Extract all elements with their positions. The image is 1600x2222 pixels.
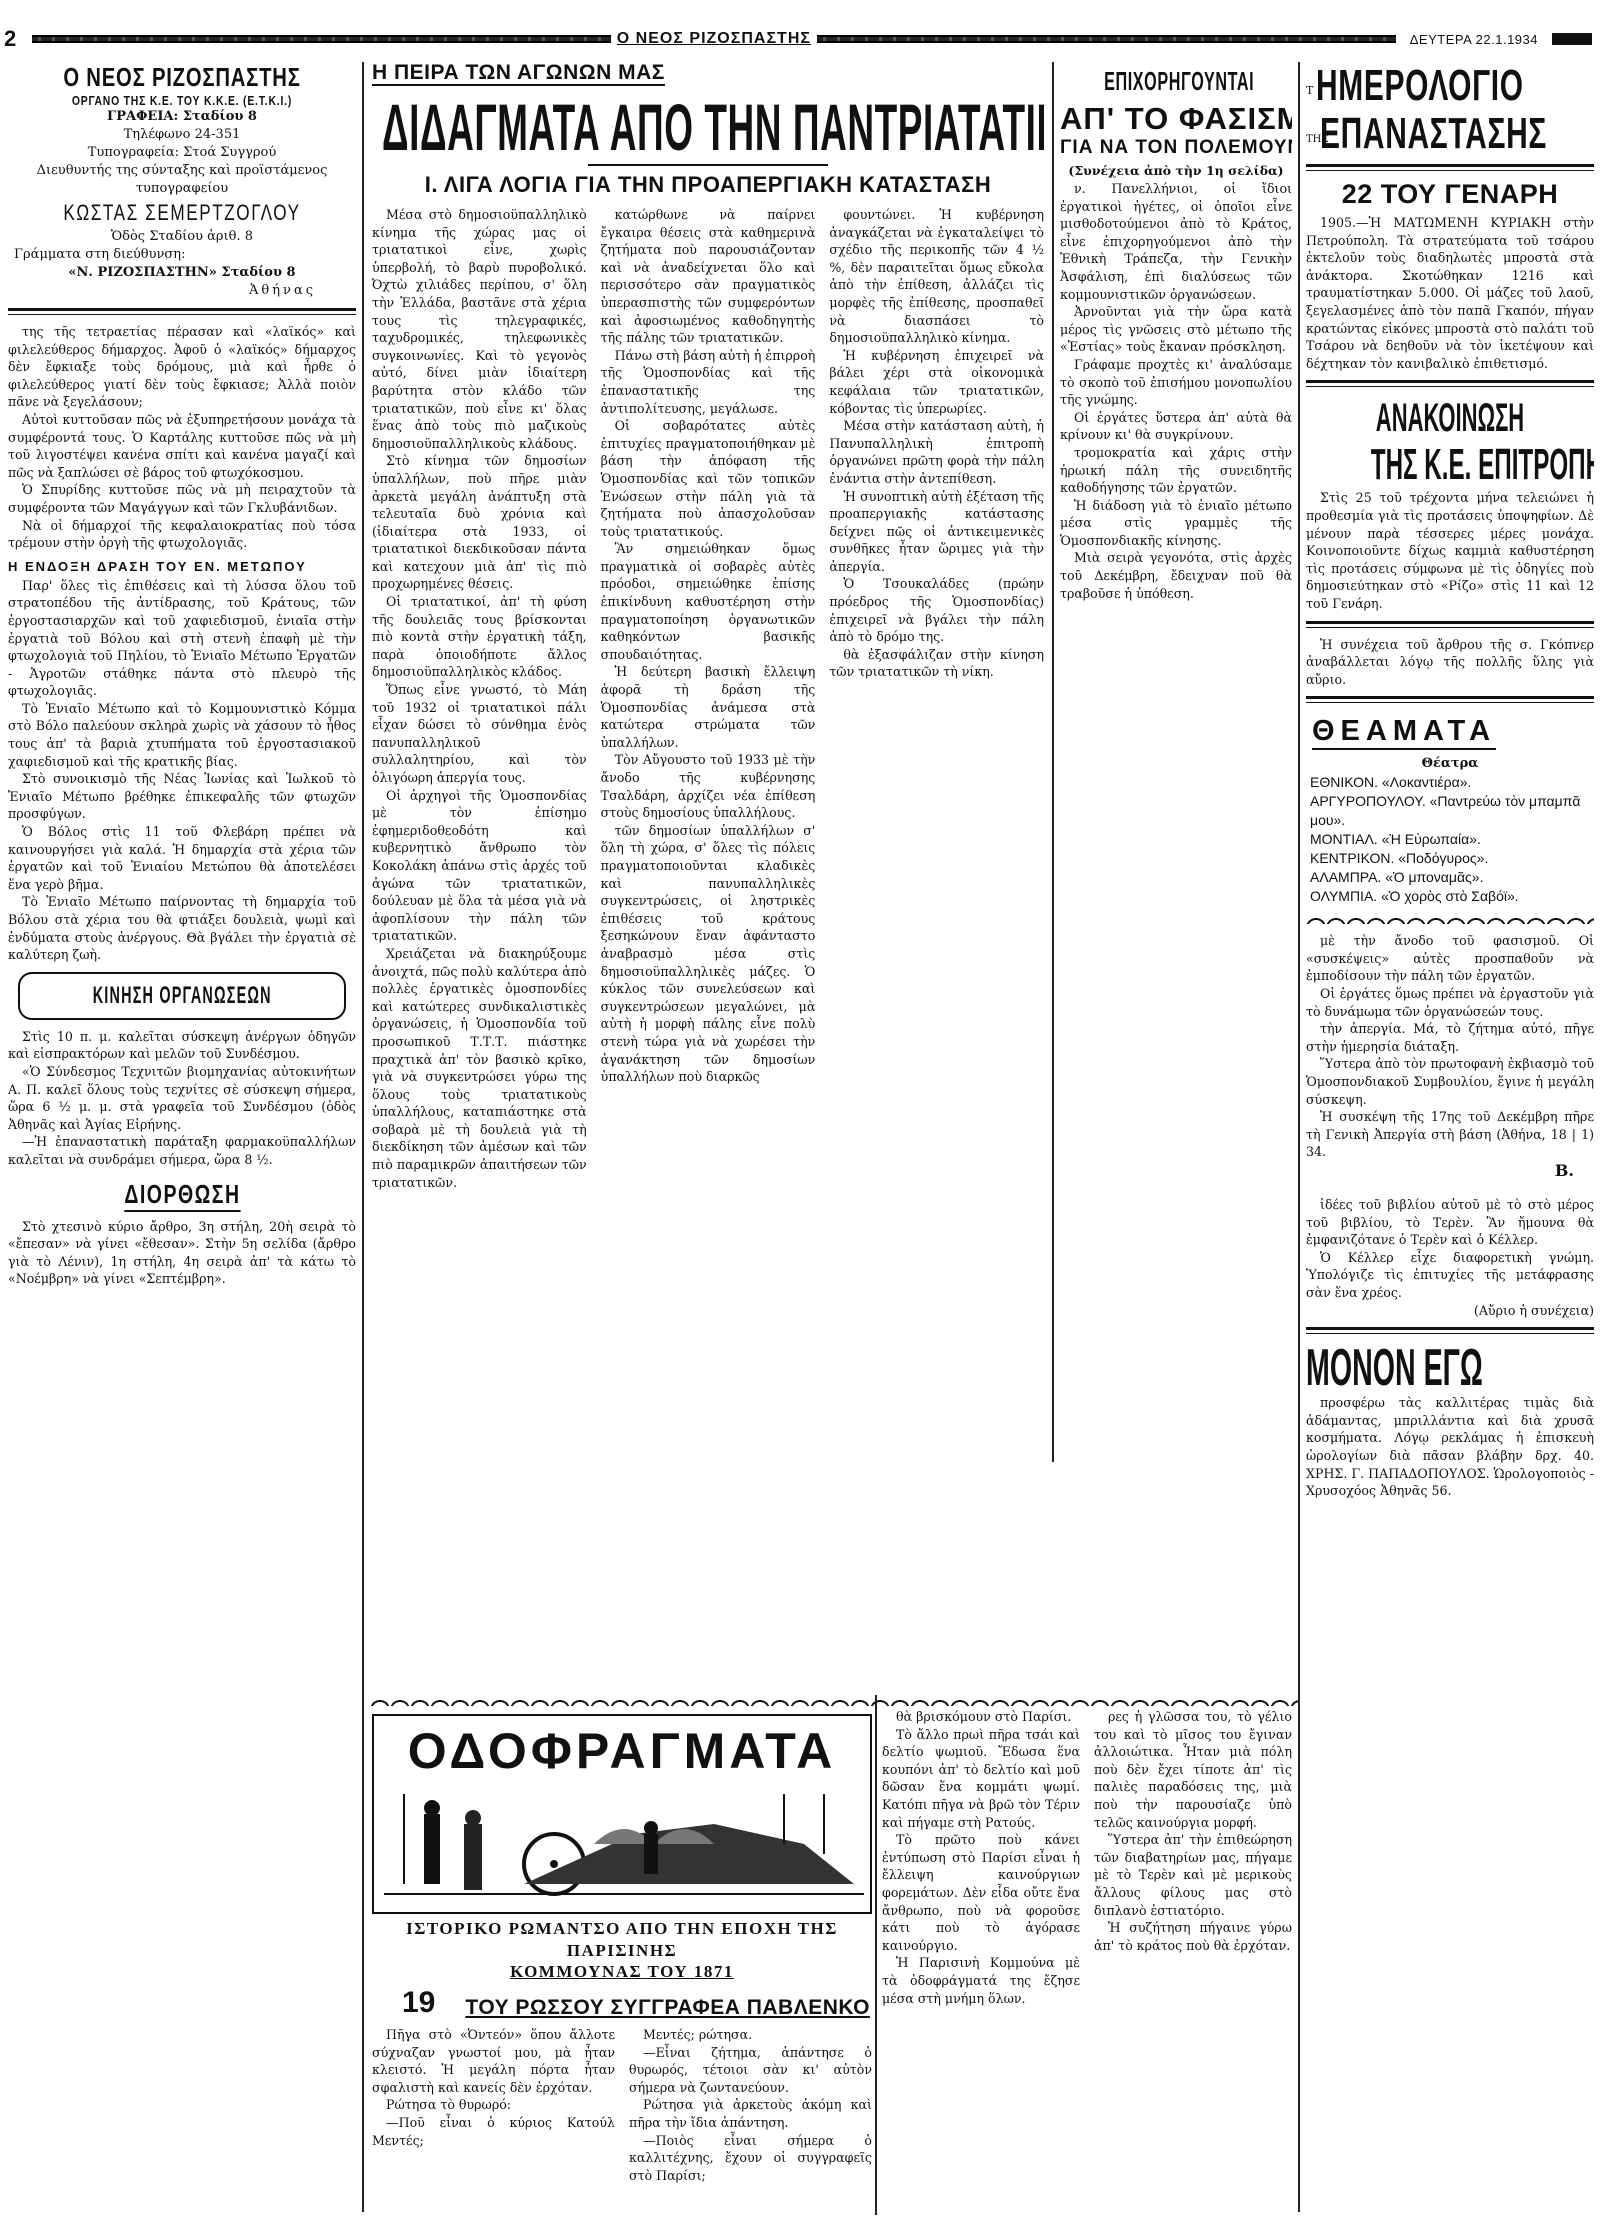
- calendar-title-line2: ΕΠΑΝΑΣΤΑΣΗΣ: [1320, 110, 1547, 158]
- masthead-offices: ΓΡΑΦΕΙΑ: Σταδίου 8: [8, 108, 356, 126]
- paragraph: Ὕστερα ἀπ' τὴν ἐπιθεώρηση τῶν διαβατηρίω…: [1094, 1831, 1292, 1919]
- column-divider: [1052, 62, 1054, 1462]
- serial-column-1: Πῆγα στὸ «Ὀντεόν» ὅπου ἄλλοτε σύχναζαν γ…: [372, 2026, 615, 2184]
- paragraph: Ἡ συνέχεια τοῦ ἄρθρου τῆς σ. Γκόπνερ ἀνα…: [1306, 636, 1594, 689]
- serial-continued-text: ἰδέες τοῦ βιβλίου αὐτοῦ μὲ τὸ στὸ μέρος …: [1306, 1196, 1594, 1319]
- paragraph: Μεντές; ρώτησα.: [629, 2026, 872, 2044]
- paragraph: Ἡ δεύτερη βασικὴ ἔλλειψη ἀφορᾶ τὴ δράση …: [601, 663, 816, 751]
- paragraph: τρομοκρατία καὶ χάρις στὴν ἠρωική πάλη τ…: [1060, 444, 1292, 497]
- calendar-title-line1: ΗΜΕΡΟΛΟΓΙΟ: [1316, 62, 1524, 110]
- paragraph: Μέσα στὴν κατάσταση αὐτὴ, ἡ Πανυπαλληλικ…: [829, 417, 1044, 487]
- serial-column-2: Μεντές; ρώτησα. —Εἶναι ζήτημα, ἀπάντησε …: [629, 2026, 872, 2184]
- masthead-city: Ἀθήνας: [8, 282, 356, 300]
- article-columns: Μέσα στὸ δημοσιοϋπαλληλικὸ κίνημα τῆς χώ…: [372, 206, 1044, 1191]
- masthead-director-name: ΚΩΣΤΑΣ ΣΕΜΕΡΤΖΟΓΛΟΥ: [46, 200, 317, 226]
- paragraph: τὴν ἀπεργία. Μά, τὸ ζήτημα αὐτό, πῆγε στ…: [1306, 1020, 1594, 1055]
- paragraph: Οἱ ἀρχηγοὶ τῆς Ὁμοσπονδίας μὲ τὸν ἐπίσημ…: [372, 787, 587, 945]
- paragraph: Ὁ Κέλλερ εἶχε διαφορετικὴ γνώμη. Ὑπολόγι…: [1306, 1249, 1594, 1302]
- paragraph: θὰ ἐξασφάλιζαν στὴν κίνηση τῶν τριατατικ…: [829, 646, 1044, 681]
- org-movement-title: ΚΙΝΗΣΗ ΟΡΓΑΝΩΣΕΩΝ: [92, 982, 271, 1010]
- serial-column-4: ρες ἡ γλῶσσα του, τὸ γέλιο του καὶ τὸ μῖ…: [1094, 1708, 1292, 2007]
- theatre-listing: ΜΟΝΤΙΑΛ. «Ἡ Εὐρωπαία».: [1306, 830, 1594, 849]
- section-rule: [1306, 696, 1594, 703]
- left-column: Ο ΝΕΟΣ ΡΙΖΟΣΠΑΣΤΗΣ ΟΡΓΑΝΟ ΤΗΣ Κ.Ε. ΤΟΥ Κ…: [8, 62, 356, 2212]
- paragraph: Ἡ κυβέρνηση ἐπιχειρεῖ νὰ βάλει χέρι στὰ …: [829, 347, 1044, 417]
- paragraph: Τὸ Ἑνιαῖο Μέτωπο καὶ τὸ Κομμουνιστικὸ Κό…: [8, 700, 356, 770]
- paragraph: —Εἶναι ζήτημα, ἀπάντησε ὁ θυρωρός, τέτοι…: [629, 2044, 872, 2097]
- ad-title: ΜΟΝΟΝ ΕΓΩ: [1306, 1342, 1483, 1394]
- right-center-column: ΕΠΙΧΟΡΗΓΟΥΝΤΑΙ ΑΠ' ΤΟ ΦΑΣΙΣΜΟ ΓΙΑ ΝΑ ΤΟΝ…: [1060, 62, 1292, 1512]
- correction-text: Στὸ χτεσινὸ κύριο ἄρθρο, 3η στήλη, 20ὴ σ…: [8, 1218, 356, 1288]
- article-subhead: Ι. ΛΙΓΑ ΛΟΓΙΑ ΓΙΑ ΤΗΝ ΠΡΟΑΠΕΡΓΙΑΚΗ ΚΑΤΑΣ…: [372, 172, 1044, 198]
- header-rule-right: [817, 35, 1396, 43]
- continued-article-text: μὲ τὴν ἄνοδο τοῦ φασισμοῦ. Οἱ «συσκέψεις…: [1306, 932, 1594, 1161]
- paragraph: Μέσα στὸ δημοσιοϋπαλληλικὸ κίνημα τῆς χώ…: [372, 206, 587, 452]
- masthead-printing: Τυπογραφεία: Στοά Συγγρού: [8, 144, 356, 162]
- paragraph: Οἱ τριατατικοί, ἀπ' τὴ φύση τῆς δουλειᾶς…: [372, 593, 587, 681]
- paragraph: (Αὔριο ἡ συνέχεια): [1306, 1302, 1594, 1320]
- main-article: Η ΠΕΙΡΑ ΤΩΝ ΑΓΩΝΩΝ ΜΑΣ ΔΙΔΑΓΜΑΤΑ ΑΠΟ ΤΗΝ…: [372, 62, 1044, 1512]
- theatre-listing: ΕΘΝΙΚΟΝ. «Λοκαντιέρα».: [1306, 773, 1594, 792]
- paragraph: φουντώνει. Ἡ κυβέρνηση ἀναγκάζεται νὰ ἐγ…: [829, 206, 1044, 347]
- article-column-1: Μέσα στὸ δημοσιοϋπαλληλικὸ κίνημα τῆς χώ…: [372, 206, 587, 1191]
- header-paper-title: Ο ΝΕΟΣ ΡΙΖΟΣΠΑΣΤΗΣ: [611, 30, 817, 48]
- paragraph: Παρ' ὅλες τὶς ἐπιθέσεις καὶ τὴ λύσσα ὅλο…: [8, 577, 356, 700]
- calendar-rule: [1306, 164, 1594, 171]
- wavy-divider: [370, 1696, 1298, 1706]
- paragraph: «Ὁ Σύνδεσμος Τεχνιτῶν βιομηχανίας αὐτοκι…: [8, 1063, 356, 1133]
- left-intro-text: της τῆς τετραετίας πέρασαν καὶ «λαϊκός» …: [8, 323, 356, 552]
- paragraph: Αὐτοὶ κυττοῦσαν πῶς νὰ ἐξυπηρετήσουν μον…: [8, 411, 356, 481]
- paragraph: προσφέρω τὰς καλλιτέρας τιμὰς διὰ ἀδάμαν…: [1306, 1394, 1594, 1500]
- org-movement-text: Στὶς 10 π. μ. καλεῖται σύσκεψη ἀνέργων ὁ…: [8, 1028, 356, 1169]
- ad-text: προσφέρω τὰς καλλιτέρας τιμὰς διὰ ἀδάμαν…: [1306, 1394, 1594, 1500]
- header-rule-left: [32, 35, 611, 43]
- paragraph: της τῆς τετραετίας πέρασαν καὶ «λαϊκός» …: [8, 323, 356, 411]
- notice-text: Ἡ συνέχεια τοῦ ἄρθρου τῆς σ. Γκόπνερ ἀνα…: [1306, 636, 1594, 689]
- article-column-3: φουντώνει. Ἡ κυβέρνηση ἀναγκάζεται νὰ ἐγ…: [829, 206, 1044, 1191]
- paragraph: μὲ τὴν ἄνοδο τοῦ φασισμοῦ. Οἱ «συσκέψεις…: [1306, 932, 1594, 985]
- paragraph: Ρώτησα τὸ θυρωρό:: [372, 2096, 615, 2114]
- article-kicker: Η ΠΕΙΡΑ ΤΩΝ ΑΓΩΝΩΝ ΜΑΣ: [372, 62, 665, 86]
- paragraph: Ὁ Τσουκαλάδες (πρώην πρόεδρος τῆς Ὁμοσπο…: [829, 575, 1044, 645]
- paragraph: Στὸ χτεσινὸ κύριο ἄρθρο, 3η στήλη, 20ὴ σ…: [8, 1218, 356, 1288]
- masthead-name: Ο ΝΕΟΣ ΡΙΖΟΣΠΑΣΤΗΣ: [46, 62, 317, 93]
- paragraph: Ἀρνοῦνται γιὰ τὴν ὥρα κατὰ μέρος τὶς γνῶ…: [1060, 303, 1292, 356]
- theatre-listing: ΟΛΥΜΠΙΑ. «Ὁ χορὸς στὸ Σαβόϊ».: [1306, 887, 1594, 906]
- paragraph: Οἱ σοβαρότατες αὐτὲς ἐπιτυχίες πραγματοπ…: [601, 417, 816, 540]
- masthead-letters-label: Γράμματα στη διεύθυνση:: [8, 246, 356, 264]
- paragraph: θὰ βρισκόμουν στὸ Παρίσι.: [882, 1708, 1080, 1726]
- paragraph: Τὸ ἄλλο πρωὶ πῆρα τσάι καὶ δελτίο ψωμιοῦ…: [882, 1726, 1080, 1832]
- correction-head: ΔΙΟΡΘΩΣΗ: [8, 1179, 356, 1212]
- paragraph: Στὸ κίνημα τῶν δημοσίων ὑπαλλήλων, ποὺ π…: [372, 452, 587, 593]
- serial-columns-right: θὰ βρισκόμουν στὸ Παρίσι. Τὸ ἄλλο πρωὶ π…: [882, 1708, 1292, 2007]
- paragraph: Ὕστερα ἀπὸ τὸν πρωτοφανὴ ἐκβιασμὸ τοῦ Ὁμ…: [1306, 1055, 1594, 1108]
- paragraph: ρες ἡ γλῶσσα του, τὸ γέλιο του καὶ τὸ μῖ…: [1094, 1708, 1292, 1831]
- masthead-letters-address: «Ν. ΡΙΖΟΣΠΑΣΤΗΝ» Σταδίου 8: [8, 264, 356, 282]
- serial-section: ΟΔΟΦΡΑΓΜΑΤΑ ΙΣΤΟΡΙΚΟ ΡΩΜΑΝΤΣΟ ΑΠΟ ΤΗΝ ΕΠ…: [372, 1708, 872, 2218]
- installment-number: 19: [402, 1986, 435, 2020]
- paragraph: —Ποῦ εἶναι ὁ κύριος Κατούλ Μεντές;: [372, 2114, 615, 2149]
- serial-banner: ΟΔΟΦΡΑΓΜΑΤΑ: [372, 1714, 872, 1914]
- paragraph: Ἡ συνοπτικὴ αὐτὴ ἐξέταση τῆς προαπεργιακ…: [829, 488, 1044, 576]
- announcement-title: ΑΝΑΚΟΙΝΩΣΗ: [1371, 395, 1529, 441]
- paragraph: Ἡ Παρισινὴ Κομμούνα μὲ τὰ ὁδοφράγματά τη…: [882, 1954, 1080, 2007]
- theatre-listing: ΚΕΝΤΡΙΚΟΝ. «Ποδόγυρος».: [1306, 849, 1594, 868]
- front-section-head: Η ΕΝΔΟΞΗ ΔΡΑΣΗ ΤΟΥ ΕΝ. ΜΕΤΩΠΟΥ: [8, 558, 356, 575]
- paragraph: Χρειάζεται νὰ διακηρύξουμε ἀνοιχτά, πῶς …: [372, 945, 587, 1191]
- header-end-block: [1552, 33, 1592, 45]
- calendar-text: 1905.—Ἡ ΜΑΤΩΜΕΝΗ ΚΥΡΙΑΚΗ στὴν Πετρούπολη…: [1306, 214, 1594, 372]
- far-right-column: Τ ΗΜΕΡΟΛΟΓΙΟ ΤΗΣ ΕΠΑΝΑΣΤΑΣΗΣ 22 ΤΟΥ ΓΕΝΑ…: [1306, 62, 1594, 2212]
- masthead-street: Ὁδὸς Σταδίου ἀριθ. 8: [8, 228, 356, 246]
- header-date: ΔΕΥΤΕΡΑ 22.1.1934: [1396, 32, 1552, 47]
- column-divider: [362, 62, 364, 2212]
- org-movement-head: ΚΙΝΗΣΗ ΟΡΓΑΝΩΣΕΩΝ: [18, 972, 346, 1020]
- paragraph: Ὁ Βόλος στὶς 11 τοῦ Φλεβάρη πρέπει νὰ κα…: [8, 823, 356, 893]
- column-divider: [1298, 62, 1300, 2212]
- fascism-article-text: ν. Πανελλήνιοι, οἱ ἴδιοι ἐργατικοὶ ἡγέτε…: [1060, 180, 1292, 602]
- serial-meta: 19 ΤΟΥ ΡΩΣΣΟΥ ΣΥΓΓΡΑΦΕΑ ΠΑΒΛΕΝΚΟ: [372, 1986, 872, 2020]
- paragraph: τῶν δημοσίων ὑπαλλήλων σ' ὅλη τὴ χώρα, σ…: [601, 822, 816, 1086]
- correction-title: ΔΙΟΡΘΩΣΗ: [124, 1179, 240, 1212]
- fascism-subhead: ΓΙΑ ΝΑ ΤΟΝ ΠΟΛΕΜΟΥΝ;: [1060, 137, 1292, 159]
- serial-continuation: θὰ βρισκόμουν στὸ Παρίσι. Τὸ ἄλλο πρωὶ π…: [882, 1708, 1292, 2218]
- calendar-prefix: Τ: [1306, 84, 1313, 97]
- article-signature: Β.: [1306, 1161, 1594, 1180]
- article-column-2: κατώρθωνε νὰ παίρνει ἔγκαιρα θέσεις στὰ …: [601, 206, 816, 1191]
- headline-underline: [588, 164, 828, 166]
- paragraph: Στὶς 10 π. μ. καλεῖται σύσκεψη ἀνέργων ὁ…: [8, 1028, 356, 1063]
- paragraph: Μιὰ σειρὰ γεγονότα, στὶς ἀρχὲς τοῦ Δεκέμ…: [1060, 549, 1292, 602]
- serial-subtitle-line2: ΚΟΜΜΟΥΝΑΣ ΤΟΥ 1871: [372, 1962, 872, 1982]
- wavy-divider: [1306, 914, 1594, 924]
- announcement-subtitle: ΤΗΣ Κ.Ε. ΕΠΙΤΡΟΠΗΣ: [1371, 441, 1529, 489]
- serial-columns: Πῆγα στὸ «Ὀντεόν» ὅπου ἄλλοτε σύχναζαν γ…: [372, 2026, 872, 2184]
- page-number: 2: [4, 26, 32, 52]
- serial-author: ΤΟΥ ΡΩΣΣΟΥ ΣΥΓΓΡΑΦΕΑ ΠΑΒΛΕΝΚΟ: [465, 1996, 870, 2020]
- paragraph: Οἱ ἐργάτες ὕστερα ἀπ' αὐτὰ θὰ κρίνουν κι…: [1060, 409, 1292, 444]
- paragraph: Γράφαμε προχτὲς κι' ἀναλύσαμε τὸ σκοπὸ τ…: [1060, 356, 1292, 409]
- paragraph: Ἡ συσκέψη τῆς 17ης τοῦ Δεκέμβρη πῆρε τὴ …: [1306, 1108, 1594, 1161]
- front-section-text: Παρ' ὅλες τὶς ἐπιθέσεις καὶ τὴ λύσσα ὅλο…: [8, 577, 356, 964]
- masthead-organ: ΟΡΓΑΝΟ ΤΗΣ Κ.Ε. ΤΟΥ Κ.Κ.Ε. (Ε.Τ.Κ.Ι.): [43, 93, 321, 108]
- paragraph: Στὸ συνοικισμὸ τῆς Νέας Ἰωνίας καὶ Ἰωλκο…: [8, 770, 356, 823]
- announcement-text: Στὶς 25 τοῦ τρέχοντα μήνα τελειώνει ἡ πρ…: [1306, 489, 1594, 612]
- masthead-rule: [8, 308, 356, 315]
- paragraph: Οἱ ἐργάτες ὅμως πρέπει νὰ ἐργαστοῦν γιὰ …: [1306, 985, 1594, 1020]
- paragraph: Ἂν σημειώθηκαν ὅμως πραγματικὰ οἱ σοβαρὲ…: [601, 540, 816, 663]
- paragraph: Ἡ συζήτηση πήγαινε γύρω ἀπ' τὸ κράτος πο…: [1094, 1919, 1292, 1954]
- running-header: 2 Ο ΝΕΟΣ ΡΙΖΟΣΠΑΣΤΗΣ ΔΕΥΤΕΡΑ 22.1.1934: [0, 28, 1600, 50]
- jeweller-ad: ΜΟΝΟΝ ΕΓΩ προσφέρω τὰς καλλιτέρας τιμὰς …: [1306, 1342, 1594, 1500]
- paragraph: Στὶς 25 τοῦ τρέχοντα μήνα τελειώνει ἡ πρ…: [1306, 489, 1594, 612]
- paragraph: Νὰ οἱ δήμαρχοί τῆς κεφαλαιοκρατίας ποὺ τ…: [8, 517, 356, 552]
- theatre-subhead: Θέατρα: [1306, 756, 1594, 771]
- paragraph: Ὁ Σπυρίδης κυττοῦσε πῶς νὰ μὴ πειραχτοῦν…: [8, 481, 356, 516]
- column-divider: [875, 1695, 877, 2215]
- paragraph: Ὅπως εἶνε γνωστό, τὸ Μάη τοῦ 1932 οἱ τρι…: [372, 681, 587, 787]
- theatre-head: ΘΕΑΜΑΤΑ: [1312, 715, 1496, 750]
- fascism-headline: ΑΠ' ΤΟ ΦΑΣΙΣΜΟ: [1060, 101, 1292, 137]
- section-rule: [1306, 380, 1594, 387]
- article-headline: ΔΙΔΑΓΜΑΤΑ ΑΠΟ ΤΗΝ ΠΑΝΤΡΙΑΤΑΤΙΚΗ ΑΠΕΡΓΙΑ: [382, 94, 753, 160]
- theatre-listing: ΑΡΓΥΡΟΠΟΥΛΟΥ. «Παντρεύω τὸν μπαμπᾶ μου».: [1306, 792, 1594, 830]
- barricade-illustration-icon: [384, 1784, 864, 1904]
- paragraph: ν. Πανελλήνιοι, οἱ ἴδιοι ἐργατικοὶ ἡγέτε…: [1060, 180, 1292, 303]
- paragraph: ἰδέες τοῦ βιβλίου αὐτοῦ μὲ τὸ στὸ μέρος …: [1306, 1196, 1594, 1249]
- section-rule: [1306, 621, 1594, 628]
- section-rule: [1306, 1327, 1594, 1334]
- paragraph: Ρώτησα γιὰ ἀρκετοὺς ἀκόμη καὶ πῆρα τὴν ἴ…: [629, 2096, 872, 2131]
- calendar-date-head: 22 ΤΟΥ ΓΕΝΑΡΗ: [1306, 179, 1594, 210]
- masthead-phone: Τηλέφωνο 24-351: [8, 126, 356, 144]
- paragraph: —Ποιὸς εἶναι σήμερα ὁ καλλιτέχνης, ἔχουν…: [629, 2132, 872, 2185]
- paragraph: —Ἡ ἐπαναστατικὴ παράταξη φαρμακοϋπαλλήλω…: [8, 1133, 356, 1168]
- masthead-director-label: Διευθυντής της σύνταξης καὶ προϊστάμενος…: [8, 162, 356, 198]
- paragraph: Τὸ πρῶτο ποὺ κάνει ἐντύπωση στὸ Παρίσι ε…: [882, 1831, 1080, 1954]
- paragraph: 1905.—Ἡ ΜΑΤΩΜΕΝΗ ΚΥΡΙΑΚΗ στὴν Πετρούπολη…: [1306, 214, 1594, 372]
- paragraph: Πῆγα στὸ «Ὀντεόν» ὅπου ἄλλοτε σύχναζαν γ…: [372, 2026, 615, 2096]
- paragraph: Ἡ διάδοση γιὰ τὸ ἑνιαῖο μέτωπο μέσα στὶς…: [1060, 497, 1292, 550]
- paragraph: Τὸν Αὔγουστο τοῦ 1933 μὲ τὴν ἄνοδο τῆς κ…: [601, 751, 816, 821]
- continuation-note: (Συνέχεια ἀπὸ τὴν 1η σελίδα): [1060, 163, 1292, 178]
- theatre-listing: ΑΛΑΜΠΡΑ. «Ὁ μποναμᾶς».: [1306, 868, 1594, 887]
- serial-subtitle-line1: ΙΣΤΟΡΙΚΟ ΡΩΜΑΝΤΣΟ ΑΠΟ ΤΗΝ ΕΠΟΧΗ ΤΗΣ ΠΑΡΙ…: [372, 1918, 872, 1962]
- serial-column-3: θὰ βρισκόμουν στὸ Παρίσι. Τὸ ἄλλο πρωὶ π…: [882, 1708, 1080, 2007]
- fascism-kicker: ΕΠΙΧΟΡΗΓΟΥΝΤΑΙ: [1104, 66, 1248, 97]
- paragraph: Πάνω στὴ βάση αὐτὴ ἡ ἐπιρροὴ τῆς Ὁμοσπον…: [601, 347, 816, 417]
- paragraph: κατώρθωνε νὰ παίρνει ἔγκαιρα θέσεις στὰ …: [601, 206, 816, 347]
- paragraph: Τὸ Ἑνιαῖο Μέτωπο παίρνοντας τὴ δημαρχία …: [8, 893, 356, 963]
- calendar-masthead: Τ ΗΜΕΡΟΛΟΓΙΟ ΤΗΣ ΕΠΑΝΑΣΤΑΣΗΣ: [1306, 62, 1594, 162]
- serial-title: ΟΔΟΦΡΑΓΜΑΤΑ: [374, 1722, 870, 1780]
